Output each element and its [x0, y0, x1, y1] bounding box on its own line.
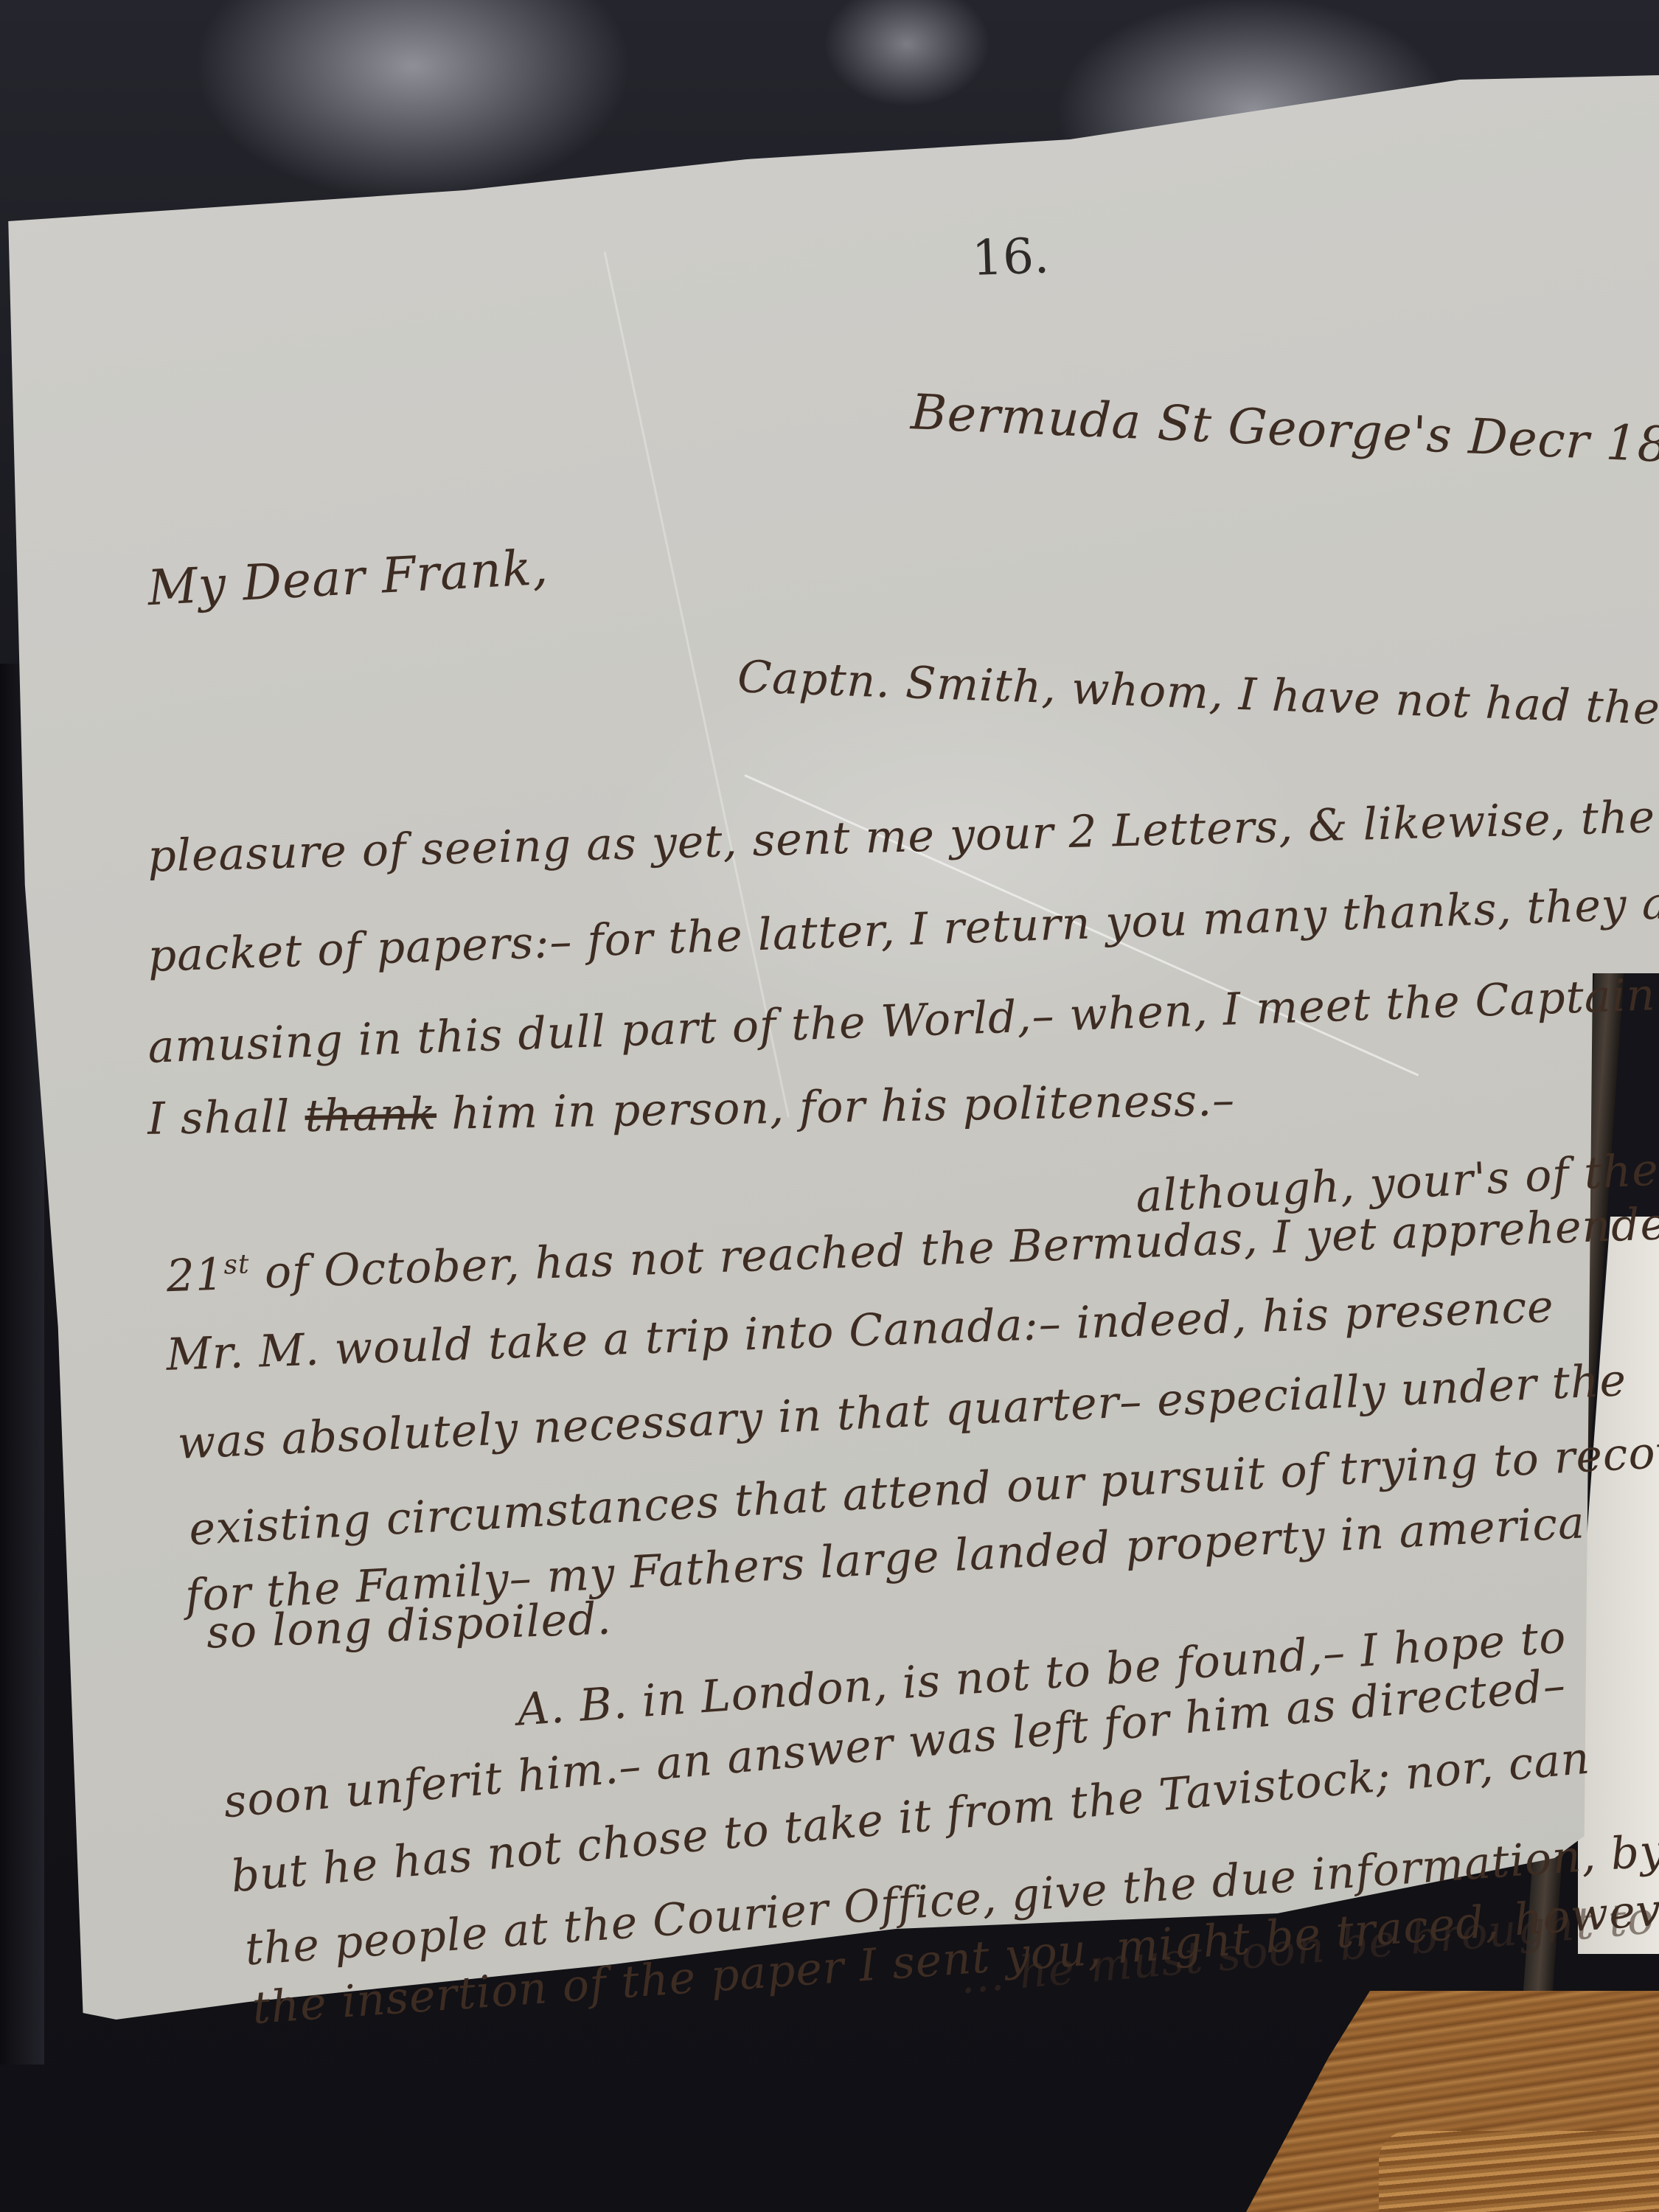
- line-text: I shall: [147, 1091, 306, 1145]
- ordinal-suffix: st: [223, 1249, 250, 1280]
- line-text: 21: [165, 1249, 225, 1303]
- struck-word: thank: [305, 1088, 437, 1142]
- page-number: 16.: [971, 227, 1051, 287]
- wooden-block: [1379, 2131, 1659, 2212]
